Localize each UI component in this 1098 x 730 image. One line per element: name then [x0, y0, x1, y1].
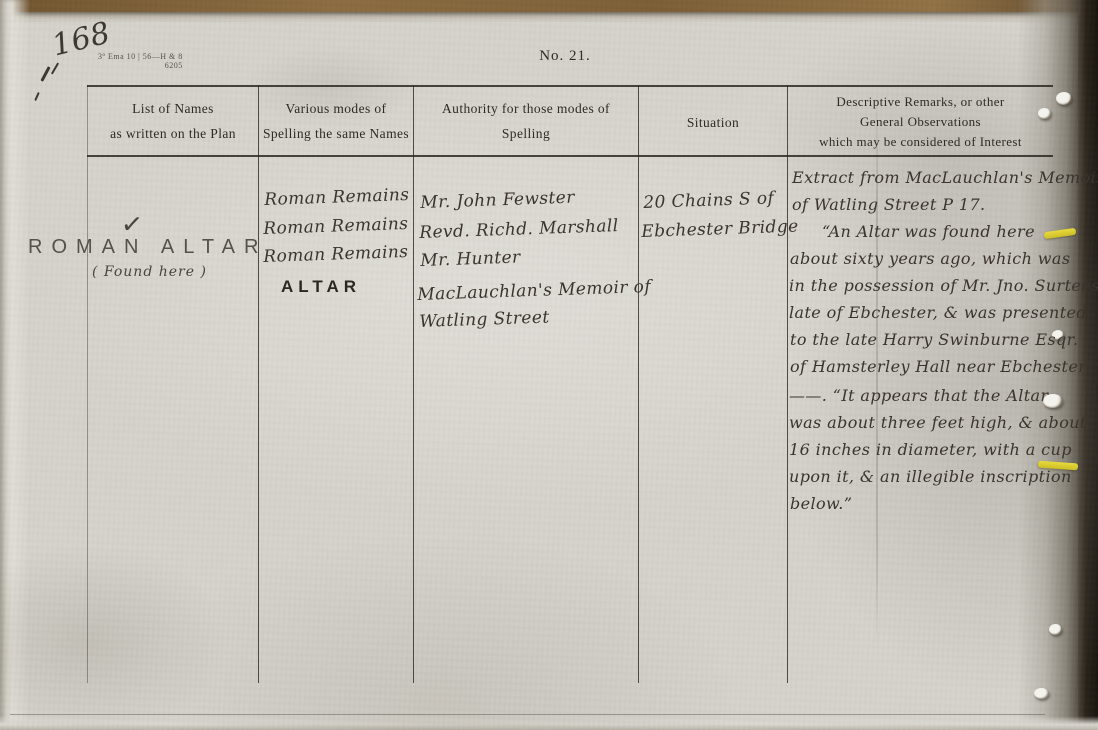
spelling-entry: Roman Remains — [263, 214, 409, 239]
remarks-line: below.” — [790, 494, 852, 513]
header-various-modes: Various modes of Spelling the same Names — [259, 96, 413, 146]
situation-entry: 20 Chains S of — [643, 188, 774, 213]
column-divider — [787, 85, 788, 683]
remarks-line: “An Altar was found here — [822, 222, 1035, 241]
authority-entry: Mr. Hunter — [420, 248, 521, 271]
table-bottom-rule — [10, 714, 1045, 715]
header-line: Situation — [639, 110, 787, 135]
remarks-line: of Hamsterley Hall near Ebchester” — [790, 357, 1095, 376]
remarks-line: was about three feet high, & about — [789, 413, 1087, 432]
situation-entry: Ebchester Bridge — [641, 217, 799, 242]
stacked-page-edges-top — [0, 12, 1098, 22]
remarks-line: Extract from MacLauchlan's Memoir — [792, 168, 1098, 187]
header-line: Various modes of — [259, 96, 413, 121]
remarks-line: about sixty years ago, which was — [790, 249, 1070, 268]
header-authority: Authority for those modes of Spelling — [414, 96, 638, 146]
binding-hole — [1049, 624, 1062, 635]
header-line: List of Names — [88, 96, 258, 121]
table-top-rule — [87, 85, 1053, 87]
header-line: Spelling the same Names — [259, 121, 413, 146]
stacked-page-edges-bottom — [0, 716, 1098, 730]
entry-name: ROMAN ALTAR — [28, 236, 267, 259]
header-line: as written on the Plan — [88, 121, 258, 146]
table-header-rule — [87, 155, 1053, 157]
table-border-left — [87, 85, 88, 683]
remarks-line: ——. “It appears that the Altar — [789, 386, 1049, 405]
column-divider — [413, 85, 414, 683]
binding-hole — [1056, 92, 1072, 105]
authority-entry: Revd. Richd. Marshall — [419, 216, 619, 243]
header-line: which may be considered of Interest — [788, 132, 1053, 152]
spelling-entry: Roman Remains — [263, 242, 409, 267]
header-line: Authority for those modes of — [414, 96, 638, 121]
remarks-line: upon it, & an illegible inscription — [789, 467, 1072, 486]
pen-mark — [34, 92, 39, 101]
remarks-line: late of Ebchester, & was presented — [789, 303, 1087, 322]
pen-mark — [51, 62, 59, 74]
entry-name-note: ( Found here ) — [92, 264, 207, 280]
remarks-line: of Watling Street P 17. — [792, 195, 986, 214]
stamp-line2: 6205 — [98, 61, 183, 70]
record-book-page: 168 3º Ema 10 | 56—H & 8 6205 No. 21. Li… — [0, 0, 1098, 730]
authority-entry: Watling Street — [419, 307, 550, 332]
authority-entry: MacLauchlan's Memoir of — [417, 277, 651, 305]
remarks-line: 16 inches in diameter, with a cup — [789, 440, 1072, 459]
pen-mark — [40, 66, 50, 82]
column-divider — [638, 85, 639, 683]
column-divider — [258, 85, 259, 683]
header-line: Descriptive Remarks, or other — [788, 92, 1053, 112]
printers-stamp: 3º Ema 10 | 56—H & 8 6205 — [98, 52, 183, 70]
header-list-of-names: List of Names as written on the Plan — [88, 96, 258, 146]
binding-hole — [1034, 688, 1049, 699]
desk-wood-edge — [0, 0, 1098, 12]
header-descriptive-remarks: Descriptive Remarks, or other General Ob… — [788, 92, 1053, 152]
spelling-entry-block: ALTAR — [281, 277, 361, 297]
spelling-entry: Roman Remains — [264, 185, 410, 210]
authority-entry: Mr. John Fewster — [420, 188, 575, 213]
sheet-number: No. 21. — [520, 48, 610, 65]
stacked-page-edges-left — [0, 0, 30, 730]
stamp-line1: 3º Ema 10 | 56—H & 8 — [98, 52, 183, 61]
header-line: Spelling — [414, 121, 638, 146]
remarks-line: to the late Harry Swinburne Esqr. — [790, 330, 1078, 349]
header-line: General Observations — [788, 112, 1053, 132]
remarks-line: in the possession of Mr. Jno. Surtees — [789, 276, 1098, 295]
header-situation: Situation — [639, 110, 787, 135]
